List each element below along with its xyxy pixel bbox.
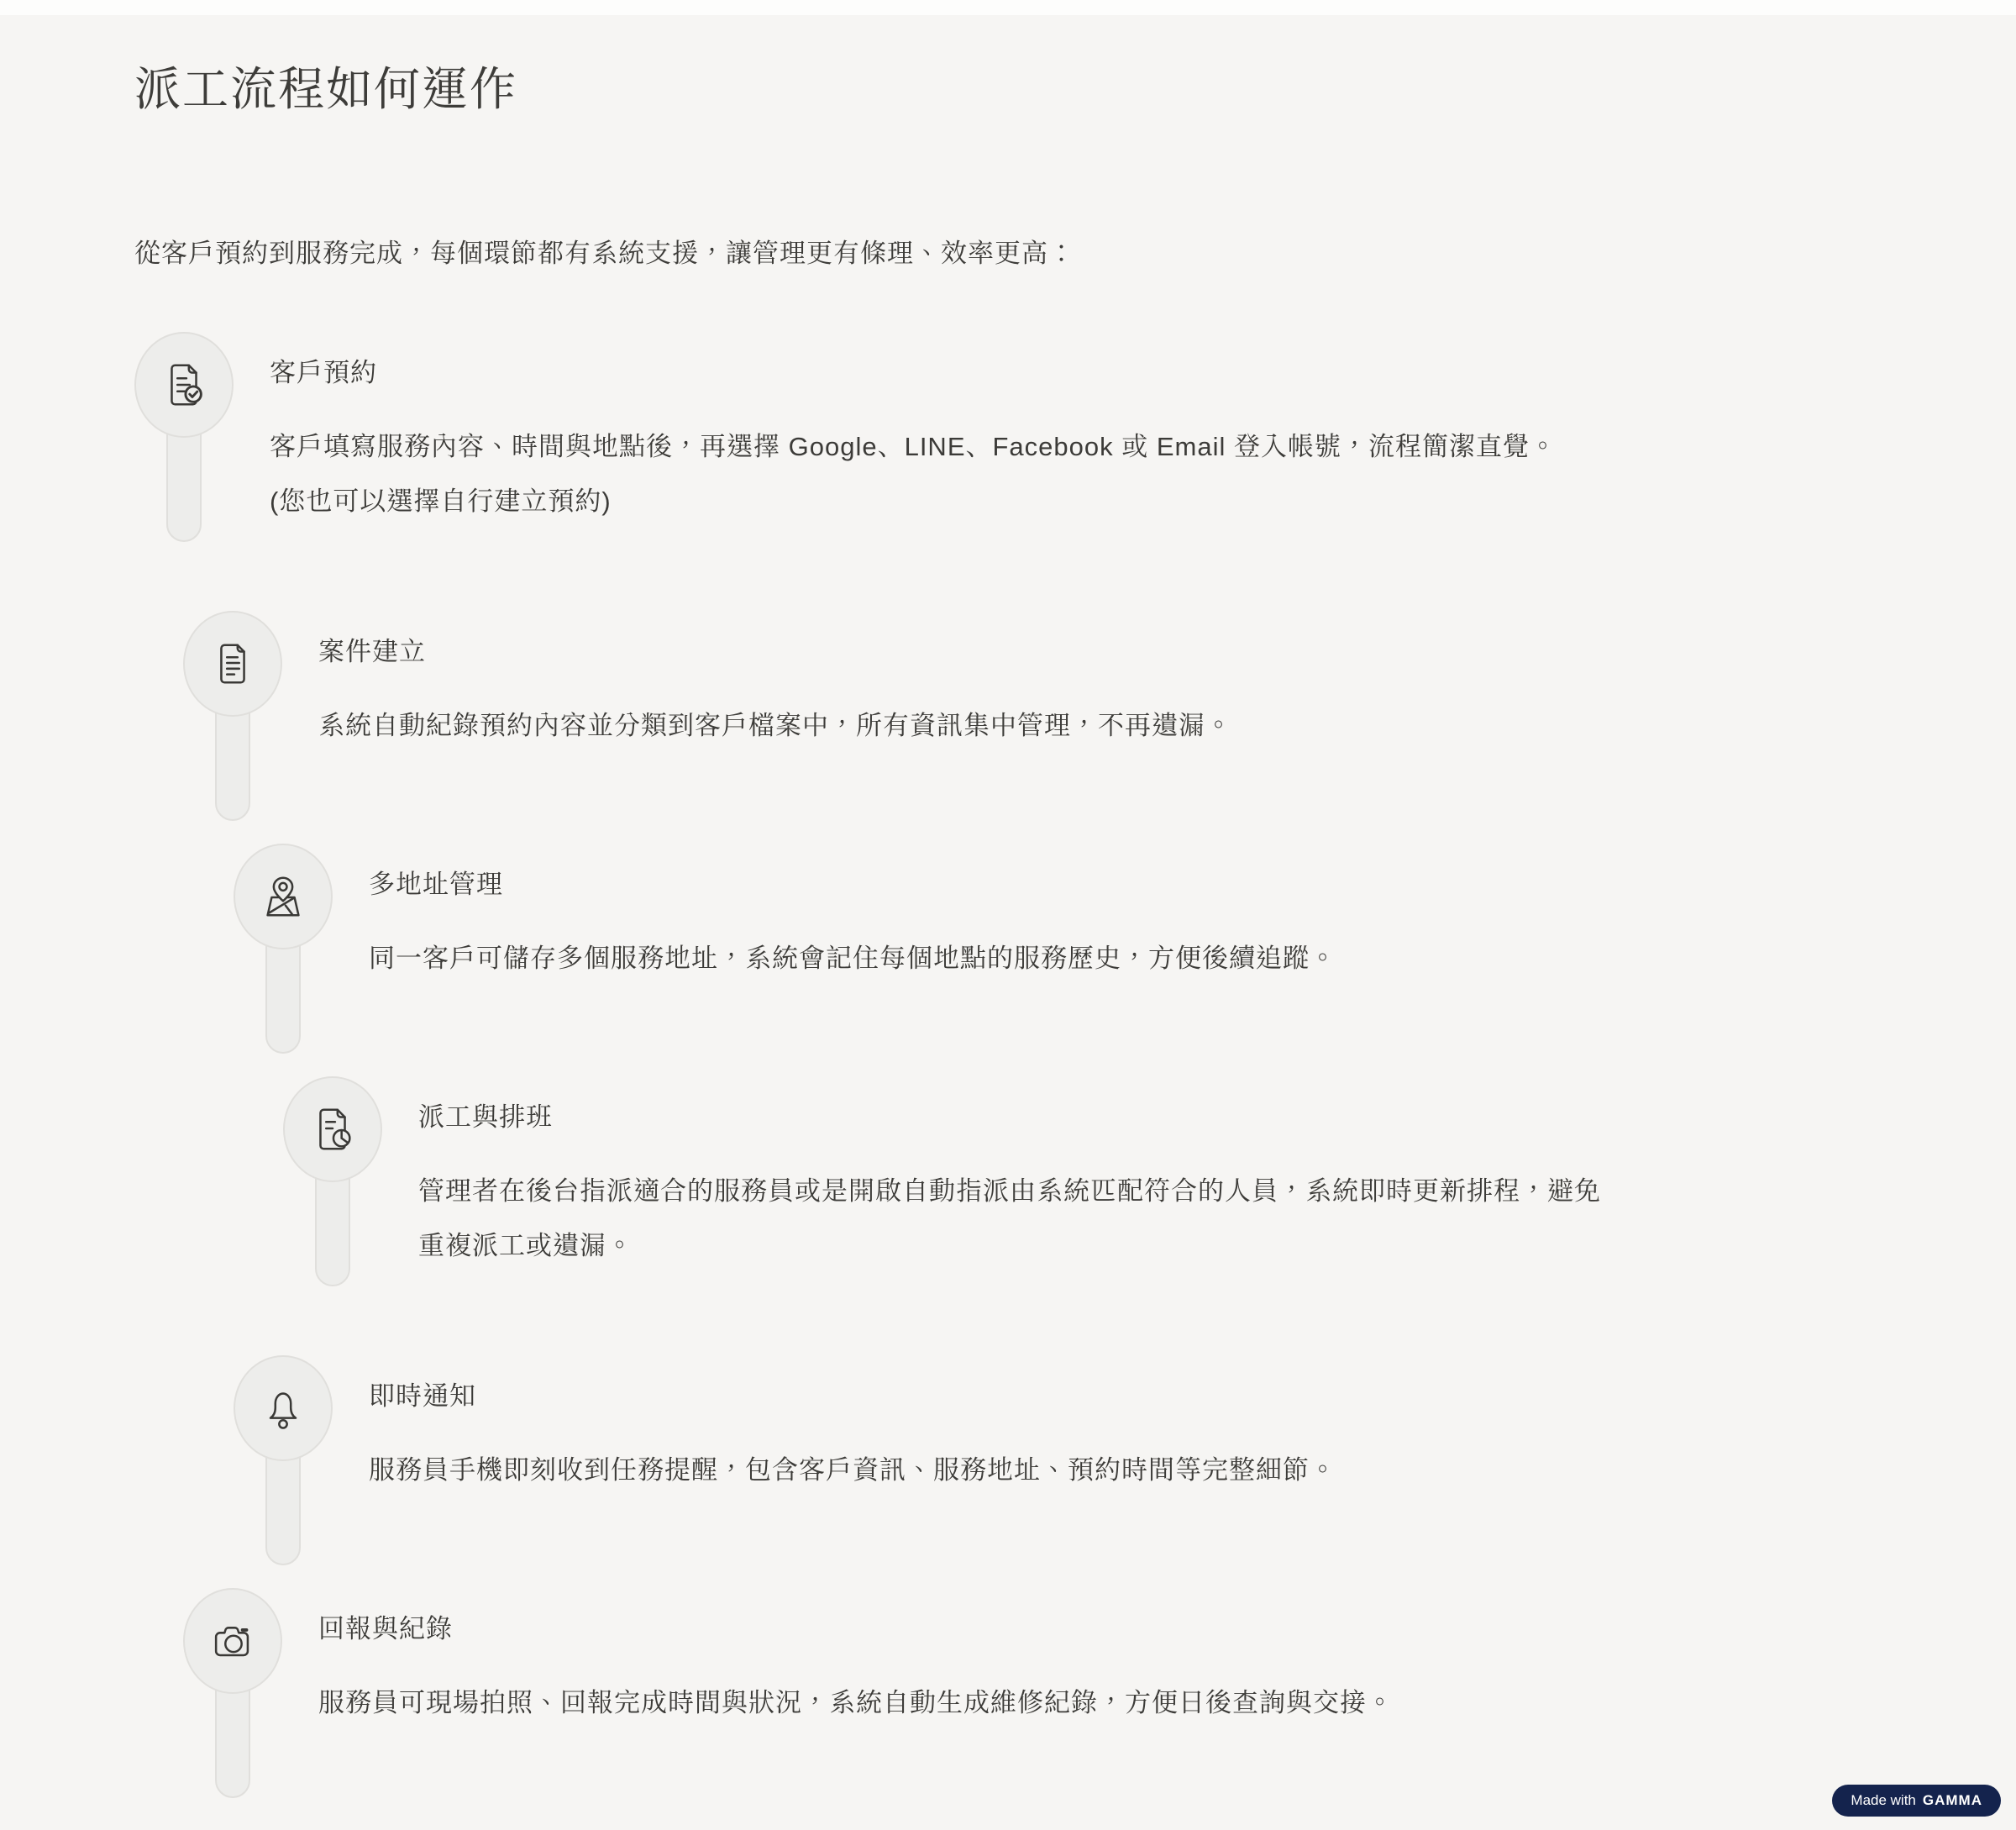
step-marker [134,332,234,542]
step-marker [283,1076,382,1286]
step-marker [183,611,282,821]
step-case-creation: 案件建立 系統自動紀錄預約內容並分類到客戶檔案中，所有資訊集中管理，不再遺漏。 [183,611,1915,821]
step-dispatch-scheduling: 派工與排班 管理者在後台指派適合的服務員或是開啟自動指派由系統匹配符合的人員，系… [283,1076,1915,1286]
step-body: 服務員手機即刻收到任務提醒，包含客戶資訊、服務地址、預約時間等完整細節。 [369,1443,1336,1497]
step-marker [234,1355,333,1565]
step-text: 案件建立 系統自動紀錄預約內容並分類到客戶檔案中，所有資訊集中管理，不再遺漏。 [318,611,1232,753]
step-icon-circle [183,611,282,717]
step-body: 系統自動紀錄預約內容並分類到客戶檔案中，所有資訊集中管理，不再遺漏。 [318,698,1232,753]
step-marker-tail [265,1448,301,1565]
badge-prefix-text: Made with [1851,1792,1915,1809]
step-body: 客戶填寫服務內容、時間與地點後，再選擇 Google、LINE、Facebook… [270,419,1557,528]
step-icon-circle [183,1588,282,1694]
step-marker [183,1588,282,1798]
intro-text: 從客戶預約到服務完成，每個環節都有系統支援，讓管理更有條理、效率更高： [134,234,1915,273]
step-marker-tail [166,424,202,542]
step-text: 多地址管理 同一客戶可儲存多個服務地址，系統會記住每個地點的服務歷史，方便後續追… [369,844,1336,986]
step-text: 客戶預約 客戶填寫服務內容、時間與地點後，再選擇 Google、LINE、Fac… [270,332,1557,528]
step-body: 服務員可現場拍照、回報完成時間與狀況，系統自動生成維修紀錄，方便日後查詢與交接。 [318,1675,1394,1730]
page-title: 派工流程如何運作 [134,63,1915,116]
step-icon-circle [283,1076,382,1182]
step-icon-circle [234,1355,333,1461]
step-report-records: 回報與紀錄 服務員可現場拍照、回報完成時間與狀況，系統自動生成維修紀錄，方便日後… [183,1588,1915,1798]
step-title: 客戶預約 [270,355,1557,391]
step-text: 即時通知 服務員手機即刻收到任務提醒，包含客戶資訊、服務地址、預約時間等完整細節… [369,1355,1336,1497]
made-with-gamma-badge[interactable]: Made with GAMMA [1832,1785,2001,1817]
document-icon [207,638,259,690]
step-marker-tail [215,703,250,821]
step-customer-booking: 客戶預約 客戶填寫服務內容、時間與地點後，再選擇 Google、LINE、Fac… [134,332,1915,542]
bell-icon [257,1382,309,1434]
step-marker-tail [315,1169,350,1286]
step-icon-circle [234,844,333,949]
document-chart-icon [307,1103,359,1155]
step-title: 多地址管理 [369,867,1336,902]
step-title: 回報與紀錄 [318,1612,1394,1647]
page-content: 派工流程如何運作 從客戶預約到服務完成，每個環節都有系統支援，讓管理更有條理、效… [0,0,2016,1798]
document-check-icon [158,359,210,411]
step-body: 同一客戶可儲存多個服務地址，系統會記住每個地點的服務歷史，方便後續追蹤。 [369,931,1336,986]
step-marker-tail [215,1680,250,1798]
step-title: 案件建立 [318,634,1232,670]
step-title: 即時通知 [369,1379,1336,1414]
step-multi-address: 多地址管理 同一客戶可儲存多個服務地址，系統會記住每個地點的服務歷史，方便後續追… [234,844,1915,1054]
gamma-logo-text: GAMMA [1923,1792,1982,1809]
map-pin-icon [257,870,309,923]
step-text: 回報與紀錄 服務員可現場拍照、回報完成時間與狀況，系統自動生成維修紀錄，方便日後… [318,1588,1394,1730]
step-icon-circle [134,332,234,438]
step-marker [234,844,333,1054]
slide-page: 派工流程如何運作 從客戶預約到服務完成，每個環節都有系統支援，讓管理更有條理、效… [0,0,2016,1830]
workflow-steps-list: 客戶預約 客戶填寫服務內容、時間與地點後，再選擇 Google、LINE、Fac… [134,332,1915,1798]
step-marker-tail [265,936,301,1054]
step-title: 派工與排班 [418,1100,1601,1135]
step-text: 派工與排班 管理者在後台指派適合的服務員或是開啟自動指派由系統匹配符合的人員，系… [418,1076,1601,1273]
step-instant-notification: 即時通知 服務員手機即刻收到任務提醒，包含客戶資訊、服務地址、預約時間等完整細節… [234,1355,1915,1565]
camera-icon [207,1615,259,1667]
step-body: 管理者在後台指派適合的服務員或是開啟自動指派由系統匹配符合的人員，系統即時更新排… [418,1164,1601,1273]
